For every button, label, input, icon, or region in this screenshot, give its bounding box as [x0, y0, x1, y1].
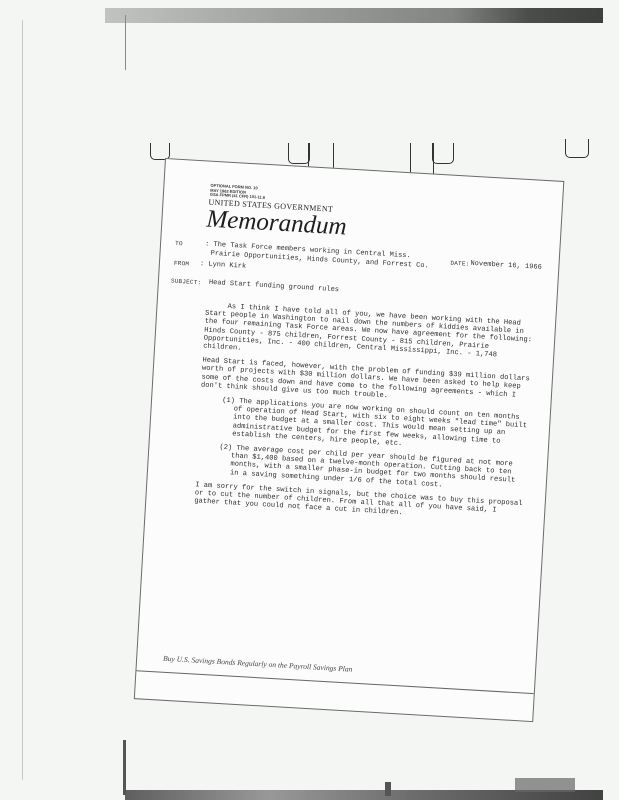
scan-mark: [385, 782, 391, 796]
date-value: November 16, 1966: [470, 260, 542, 272]
memo-body: As I think I have told all of you, we ha…: [194, 302, 536, 531]
subject-label: SUBJECT:: [171, 278, 202, 287]
scan-mark: [123, 740, 126, 795]
from-value: : Lynn Kirk: [200, 260, 247, 271]
subject-value: Head Start funding ground rules: [209, 279, 339, 294]
scan-edge-top: [105, 8, 603, 23]
date-label: DATE:: [450, 260, 469, 268]
scan-mark: [515, 778, 575, 792]
scan-edge-left: [22, 20, 23, 780]
from-label: FROM: [174, 260, 190, 268]
page-edge: [136, 670, 533, 695]
footer-slogan: Buy U.S. Savings Bonds Regularly on the …: [163, 654, 353, 674]
memorandum-page: OPTIONAL FORM NO. 10 MAY 1962 EDITION GS…: [134, 158, 565, 722]
to-label: TO: [175, 240, 183, 247]
scan-edge-inner: [125, 15, 126, 70]
